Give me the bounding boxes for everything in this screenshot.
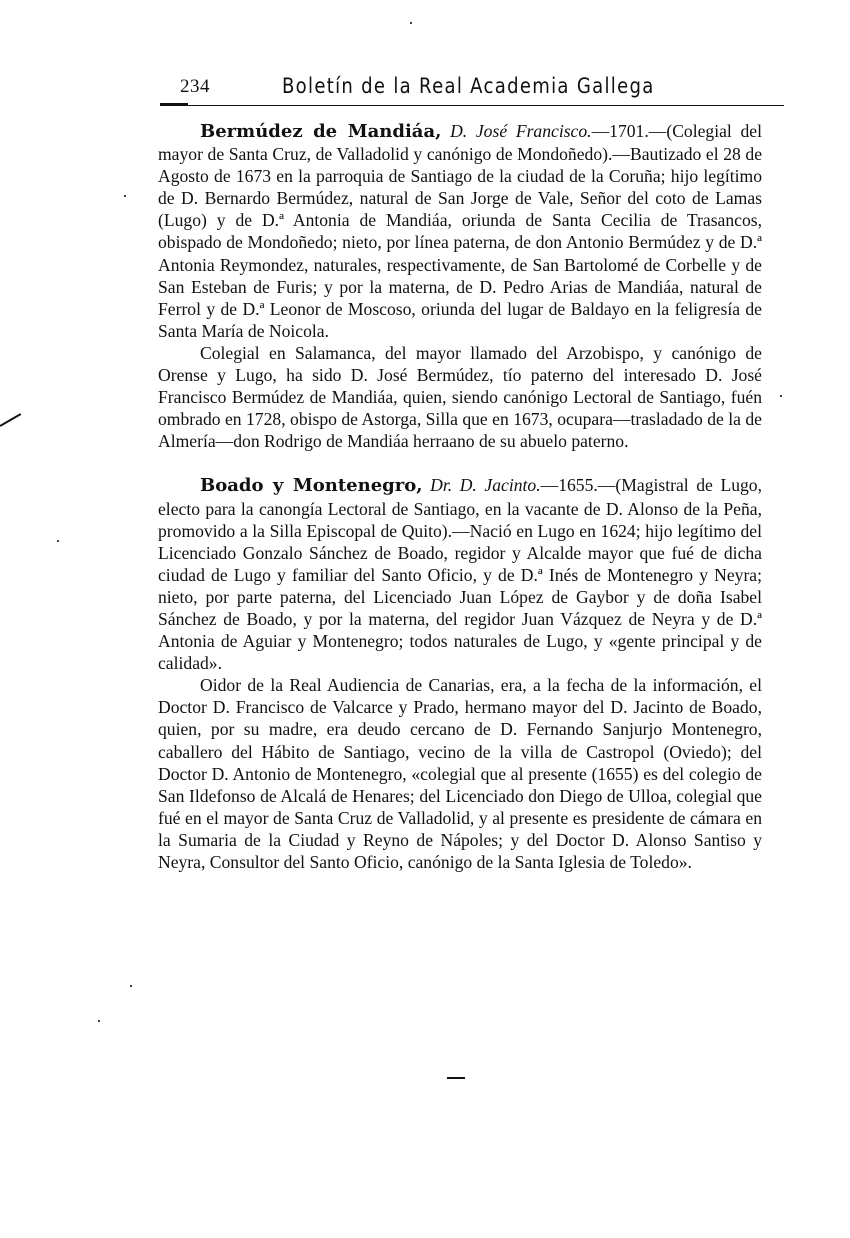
entry-boado: Boado y Montenegro, Dr. D. Jacinto.—1655…: [158, 474, 762, 873]
scan-speck: [780, 395, 782, 397]
page-header: 234 Boletín de la Real Academia Gallega: [160, 74, 784, 102]
scan-speck: [124, 195, 126, 197]
entry-surname: Bermúdez de Mandiáa,: [200, 121, 441, 142]
entry-paragraph: Bermúdez de Mandiáa, D. José Francisco.—…: [158, 120, 762, 342]
running-title: Boletín de la Real Academia Gallega: [282, 74, 655, 98]
entry-paragraph: Colegial en Salamanca, del mayor llamado…: [158, 342, 762, 452]
header-rule: [160, 105, 784, 106]
entry-surname: Boado y Montenegro,: [200, 475, 423, 496]
entry-paragraph: Oidor de la Real Audiencia de Canarias, …: [158, 674, 762, 873]
end-of-section-dash: [447, 1077, 465, 1079]
margin-pencil-mark: [0, 413, 21, 427]
page-body: Bermúdez de Mandiáa, D. José Francisco.—…: [158, 120, 762, 895]
entry-given-name: D. José Francisco.: [450, 121, 591, 141]
scan-speck: [98, 1020, 100, 1022]
entry-bermudez: Bermúdez de Mandiáa, D. José Francisco.—…: [158, 120, 762, 452]
page-number: 234: [180, 76, 210, 98]
scan-speck: [410, 22, 412, 24]
entry-paragraph: Boado y Montenegro, Dr. D. Jacinto.—1655…: [158, 474, 762, 674]
entry-given-name: Dr. D. Jacinto.: [430, 475, 540, 495]
entry-text: —1701.—(Colegial del mayor de Santa Cruz…: [158, 121, 762, 341]
entry-text: —1655.—(Magistral de Lugo, electo para l…: [158, 475, 762, 673]
scan-speck: [130, 985, 132, 987]
scan-speck: [57, 540, 59, 542]
